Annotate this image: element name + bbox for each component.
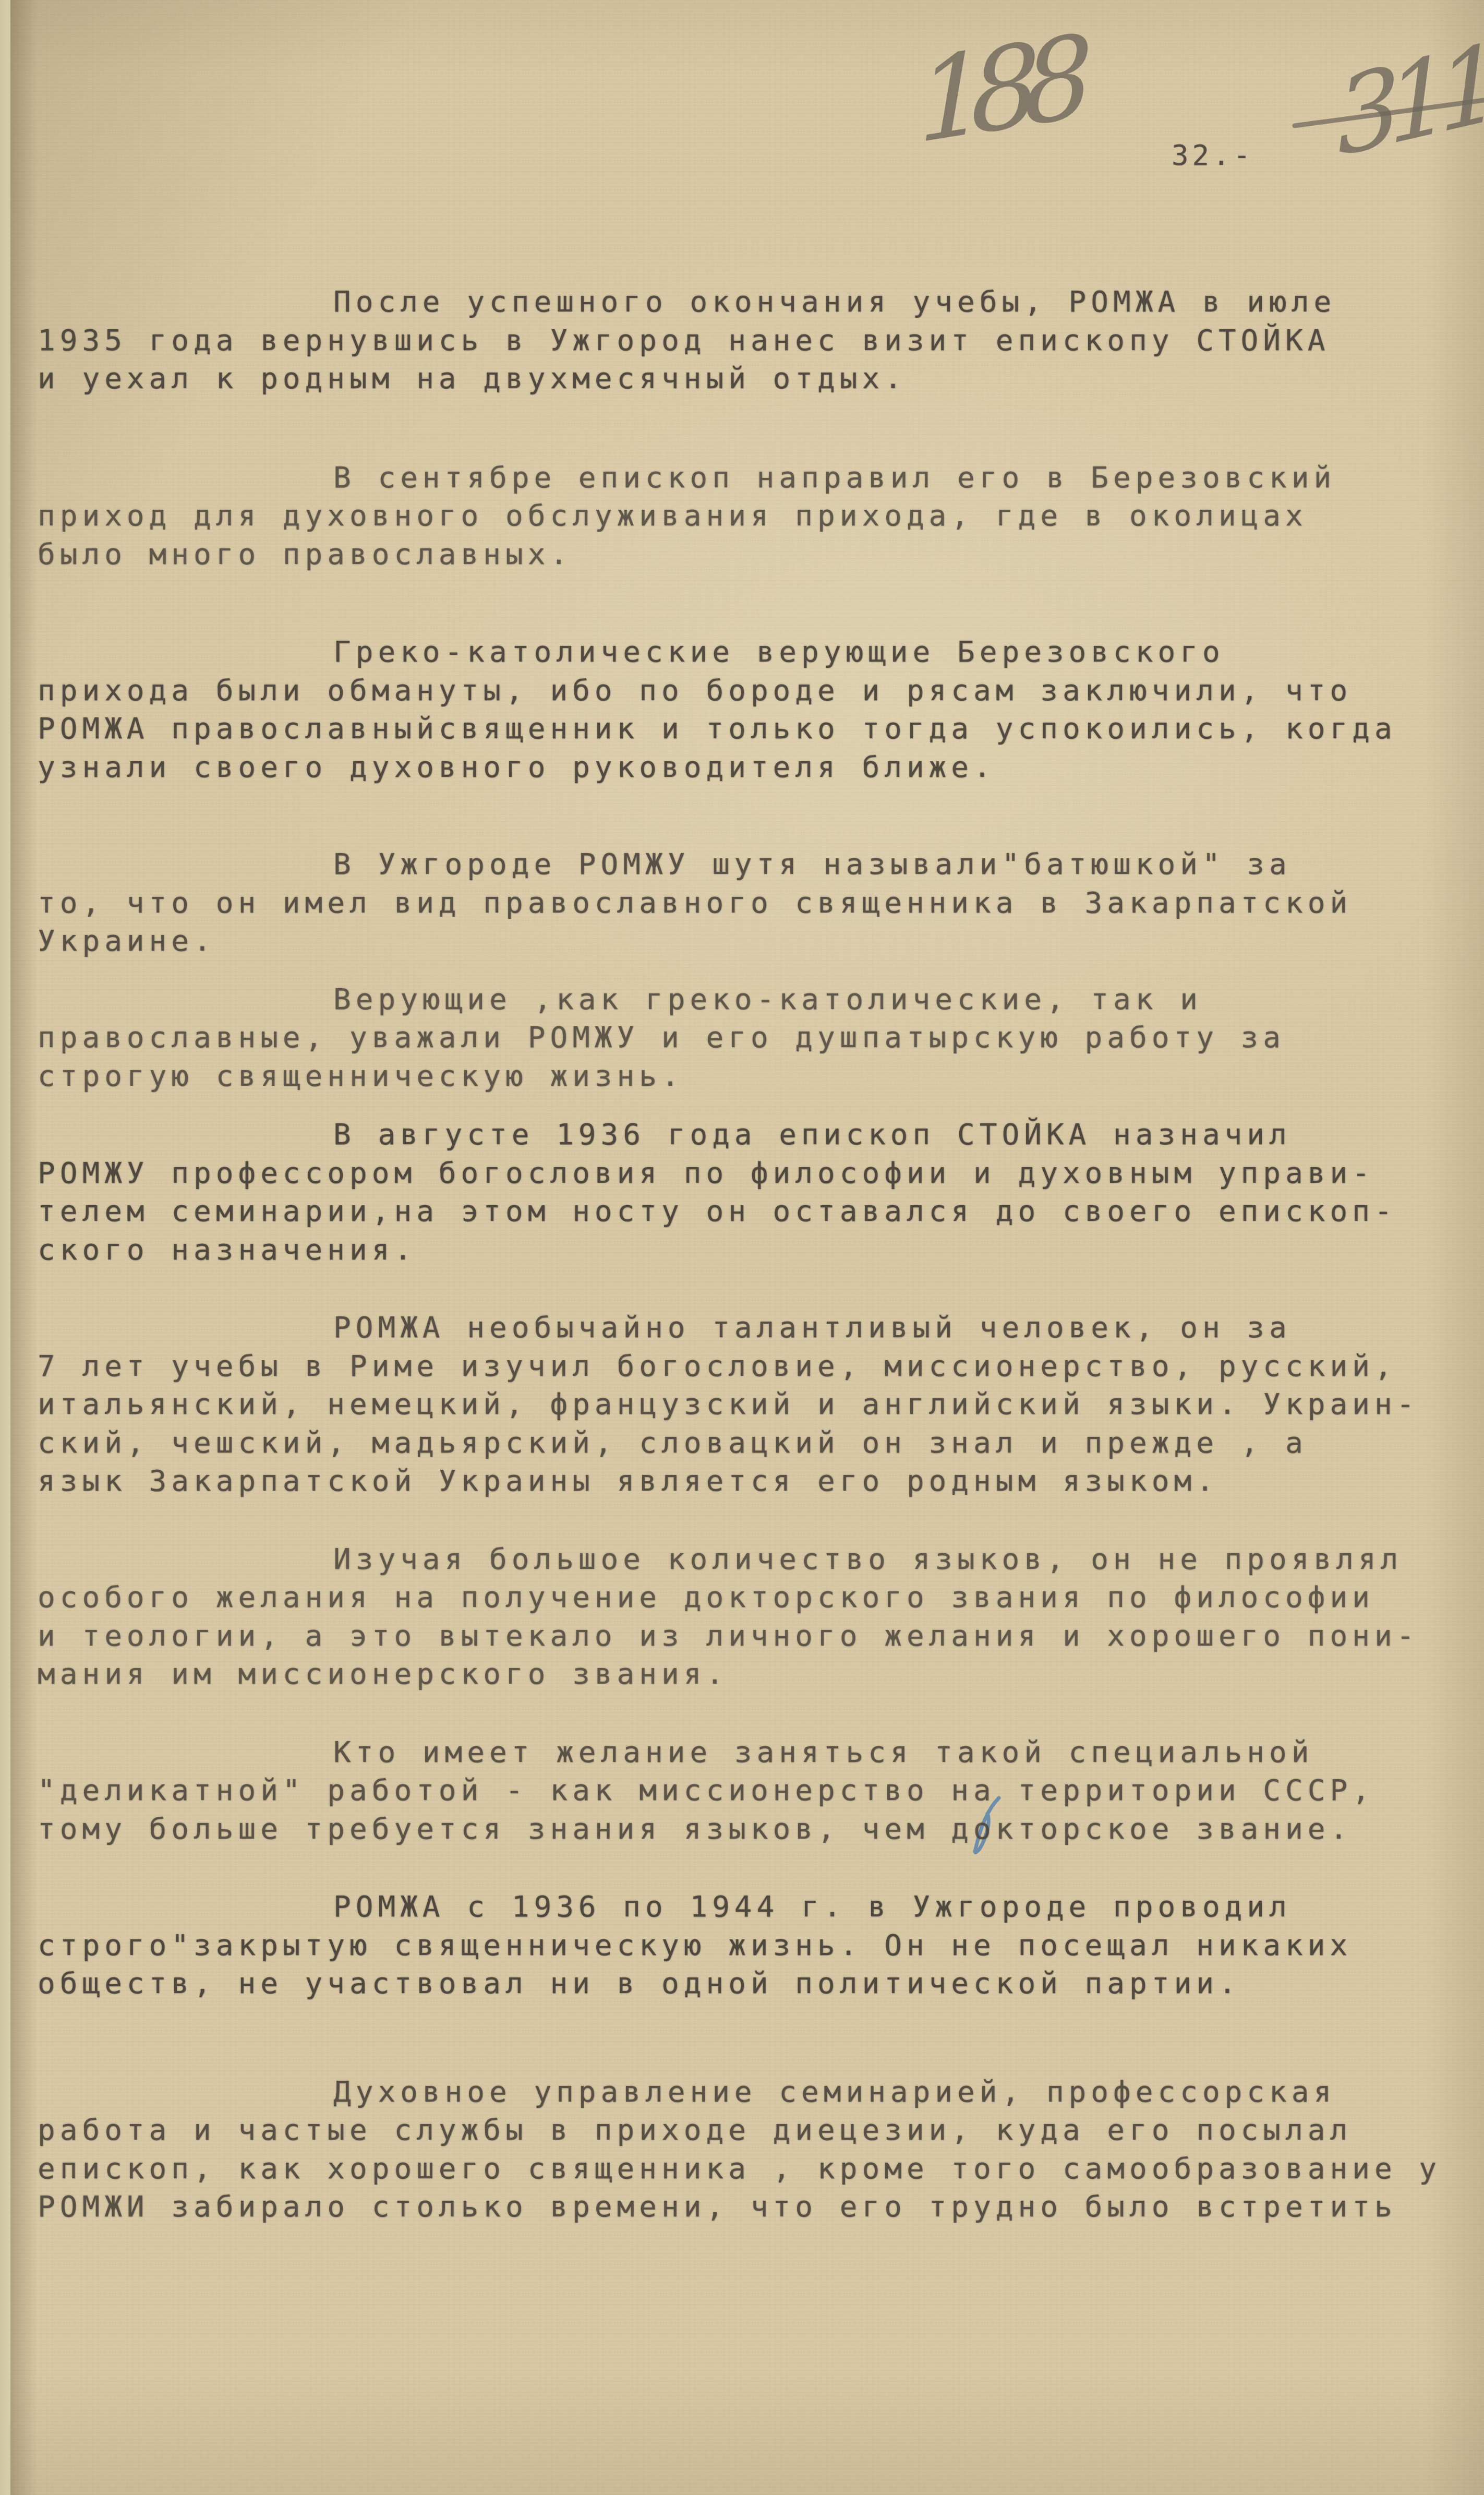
strike-through-line [1295, 100, 1484, 126]
text-line: мания им миссионерского звания. [38, 1655, 1456, 1694]
handwritten-old-number: 311 [1333, 22, 1484, 181]
text-line: прихода были обмануты, ибо по бороде и р… [38, 671, 1456, 710]
paragraph-1: После успешного окончания учебы, РОМЖА в… [38, 283, 1456, 398]
paragraph-3: Греко-католические верующие Березовского… [38, 633, 1456, 786]
text-line: В Ужгороде РОМЖУ шутя называли"батюшкой"… [38, 845, 1456, 884]
typed-page-number: 32.- [1172, 139, 1254, 172]
text-line: ский, чешский, мадьярский, словацкий он … [38, 1424, 1456, 1462]
text-line: телем семинарии,на этом носту он оставал… [38, 1192, 1456, 1231]
paragraph-11: Духовное управление семинарией, профессо… [38, 2073, 1456, 2226]
text-line: православные, уважали РОМЖУ и его душпат… [38, 1018, 1456, 1057]
text-line: узнали своего духовного руководителя бли… [38, 748, 1456, 787]
text-line: 7 лет учебы в Риме изучил богословие, ми… [38, 1347, 1456, 1386]
paragraph-6: В августе 1936 года епископ СТОЙКА назна… [38, 1115, 1456, 1269]
text-line: Изучая большое количество языков, он не … [38, 1540, 1456, 1579]
paragraph-10: РОМЖА с 1936 по 1944 г. в Ужгороде прово… [38, 1888, 1456, 2003]
text-line: строгую священническую жизнь. [38, 1057, 1456, 1096]
text-line: работа и частые службы в приходе диецези… [38, 2111, 1456, 2150]
scan-left-shadow [10, 0, 38, 2495]
text-line: особого желания на получение докторского… [38, 1578, 1456, 1617]
text-line: "деликатной" работой - как миссионерство… [38, 1771, 1456, 1810]
text-line: Греко-католические верующие Березовского [38, 633, 1456, 671]
text-line: язык Закарпатской Украины является его р… [38, 1462, 1456, 1501]
text-line: Украине. [38, 922, 1456, 961]
text-line: обществ, не участвовал ни в одной полити… [38, 1964, 1456, 2003]
text-line: тому больше требуется знания языков, чем… [38, 1810, 1456, 1849]
text-line: ского назначения. [38, 1231, 1456, 1269]
text-line: то, что он имел вид православного священ… [38, 884, 1456, 922]
paragraph-7: РОМЖА необычайно талантливый человек, он… [38, 1309, 1456, 1501]
text-line: РОМЖА с 1936 по 1944 г. в Ужгороде прово… [38, 1888, 1456, 1926]
text-line: РОМЖА необычайно талантливый человек, он… [38, 1309, 1456, 1347]
text-line: 1935 года вернувшись в Ужгород нанес виз… [38, 321, 1456, 360]
handwritten-sheet-number: 188 [916, 9, 1091, 169]
text-line: и теологии, а это вытекало из личного же… [38, 1617, 1456, 1656]
text-line: Кто имеет желание заняться такой специал… [38, 1733, 1456, 1772]
scanned-document-page: 188 311 32.- После успешного окончания у… [0, 0, 1484, 2495]
paragraph-9: Кто имеет желание заняться такой специал… [38, 1733, 1456, 1849]
text-line: РОМЖУ профессором богословия по философи… [38, 1154, 1456, 1193]
paragraph-8: Изучая большое количество языков, он не … [38, 1540, 1456, 1694]
text-line: строго"закрытую священническую жизнь. Он… [38, 1926, 1456, 1965]
typewritten-text: После успешного окончания учебы, РОМЖА в… [38, 283, 1456, 2226]
text-line: епископ, как хорошего священника , кроме… [38, 2150, 1456, 2188]
text-line: и уехал к родным на двухмесячный отдых. [38, 359, 1456, 398]
paragraph-2: В сентябре епископ направил его в Березо… [38, 459, 1456, 574]
text-line: РОМЖИ забирало столько времени, что его … [38, 2188, 1456, 2226]
text-line: В августе 1936 года епископ СТОЙКА назна… [38, 1115, 1456, 1154]
paragraph-4: В Ужгороде РОМЖУ шутя называли"батюшкой"… [38, 845, 1456, 961]
paragraph-5: Верующие ,как греко-католические, так и … [38, 980, 1456, 1096]
text-line: было много православных. [38, 535, 1456, 574]
text-line: приход для духовного обслуживания приход… [38, 497, 1456, 535]
text-line: итальянский, немецкий, французский и анг… [38, 1385, 1456, 1424]
text-line: В сентябре епископ направил его в Березо… [38, 459, 1456, 497]
text-line: Верующие ,как греко-католические, так и [38, 980, 1456, 1019]
text-line: Духовное управление семинарией, профессо… [38, 2073, 1456, 2112]
scan-left-edge [0, 0, 10, 2495]
text-line: После успешного окончания учебы, РОМЖА в… [38, 283, 1456, 321]
text-line: РОМЖА православныйсвященник и только тог… [38, 710, 1456, 748]
